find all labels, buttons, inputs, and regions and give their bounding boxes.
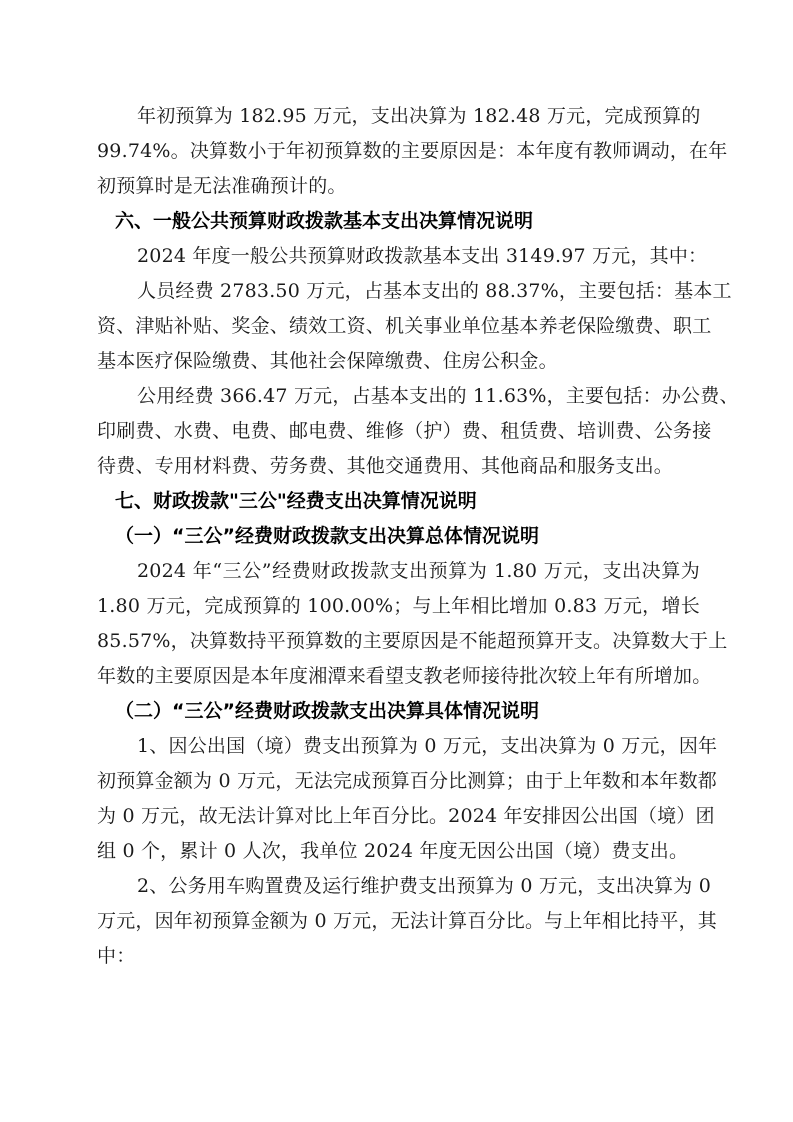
paragraph-public-expenses: 公用经费 366.47 万元，占基本支出的 11.63%，主要包括：办公费、 印…	[97, 379, 700, 484]
text-line: 年数的主要原因是本年度湘潭来看望支教老师接待批次较上年有所增加。	[97, 659, 700, 694]
text-line: 99.74%。决算数小于年初预算数的主要原因是：本年度有教师调动，在年	[97, 134, 700, 169]
paragraph-basic-expenditure-total: 2024 年度一般公共预算财政拨款基本支出 3149.97 万元，其中：	[97, 239, 700, 274]
heading-section-6: 六、一般公共预算财政拨款基本支出决算情况说明	[97, 204, 700, 239]
text-line: 为 0 万元，故无法计算对比上年百分比。2024 年安排因公出国（境）团	[97, 799, 700, 834]
paragraph-overseas-travel: 1、因公出国（境）费支出预算为 0 万元，支出决算为 0 万元，因年 初预算金额…	[97, 729, 700, 869]
text-line: 组 0 个，累计 0 人次，我单位 2024 年度无因公出国（境）费支出。	[97, 834, 700, 869]
heading-section-7: 七、财政拨款"三公"经费支出决算情况说明	[97, 484, 700, 519]
text-line: 2024 年“三公”经费财政拨款支出预算为 1.80 万元，支出决算为	[97, 554, 700, 589]
text-line: 公用经费 366.47 万元，占基本支出的 11.63%，主要包括：办公费、	[97, 379, 700, 414]
paragraph-official-vehicles: 2、公务用车购置费及运行维护费支出预算为 0 万元，支出决算为 0 万元，因年初…	[97, 869, 700, 974]
text-line: 2、公务用车购置费及运行维护费支出预算为 0 万元，支出决算为 0	[97, 869, 700, 904]
paragraph-budget-completion: 年初预算为 182.95 万元，支出决算为 182.48 万元，完成预算的 99…	[97, 99, 700, 204]
paragraph-personnel-expenses: 人员经费 2783.50 万元，占基本支出的 88.37%，主要包括：基本工 资…	[97, 274, 700, 379]
text-line: 1、因公出国（境）费支出预算为 0 万元，支出决算为 0 万元，因年	[97, 729, 700, 764]
text-line: 资、津贴补贴、奖金、绩效工资、机关事业单位基本养老保险缴费、职工	[97, 309, 700, 344]
text-line: 基本医疗保险缴费、其他社会保障缴费、住房公积金。	[97, 344, 700, 379]
text-line: 年初预算为 182.95 万元，支出决算为 182.48 万元，完成预算的	[97, 99, 700, 134]
text-line: 1.80 万元，完成预算的 100.00%；与上年相比增加 0.83 万元，增长	[97, 589, 700, 624]
text-line: 初预算时是无法准确预计的。	[97, 169, 700, 204]
text-line: 待费、专用材料费、劳务费、其他交通费用、其他商品和服务支出。	[97, 449, 700, 484]
text-line: 2024 年度一般公共预算财政拨款基本支出 3149.97 万元，其中：	[97, 239, 700, 274]
document-page: 年初预算为 182.95 万元，支出决算为 182.48 万元，完成预算的 99…	[97, 99, 700, 974]
text-line: 85.57%，决算数持平预算数的主要原因是不能超预算开支。决算数大于上	[97, 624, 700, 659]
heading-subsection-1: （一）“三公”经费财政拨款支出决算总体情况说明	[97, 519, 700, 554]
text-line: 人员经费 2783.50 万元，占基本支出的 88.37%，主要包括：基本工	[97, 274, 700, 309]
text-line: 万元，因年初预算金额为 0 万元，无法计算百分比。与上年相比持平，其	[97, 904, 700, 939]
text-line: 印刷费、水费、电费、邮电费、维修（护）费、租赁费、培训费、公务接	[97, 414, 700, 449]
heading-subsection-2: （二）“三公”经费财政拨款支出决算具体情况说明	[97, 694, 700, 729]
text-line: 中：	[97, 939, 700, 974]
text-line: 初预算金额为 0 万元，无法完成预算百分比测算；由于上年数和本年数都	[97, 764, 700, 799]
paragraph-three-public-overall: 2024 年“三公”经费财政拨款支出预算为 1.80 万元，支出决算为 1.80…	[97, 554, 700, 694]
